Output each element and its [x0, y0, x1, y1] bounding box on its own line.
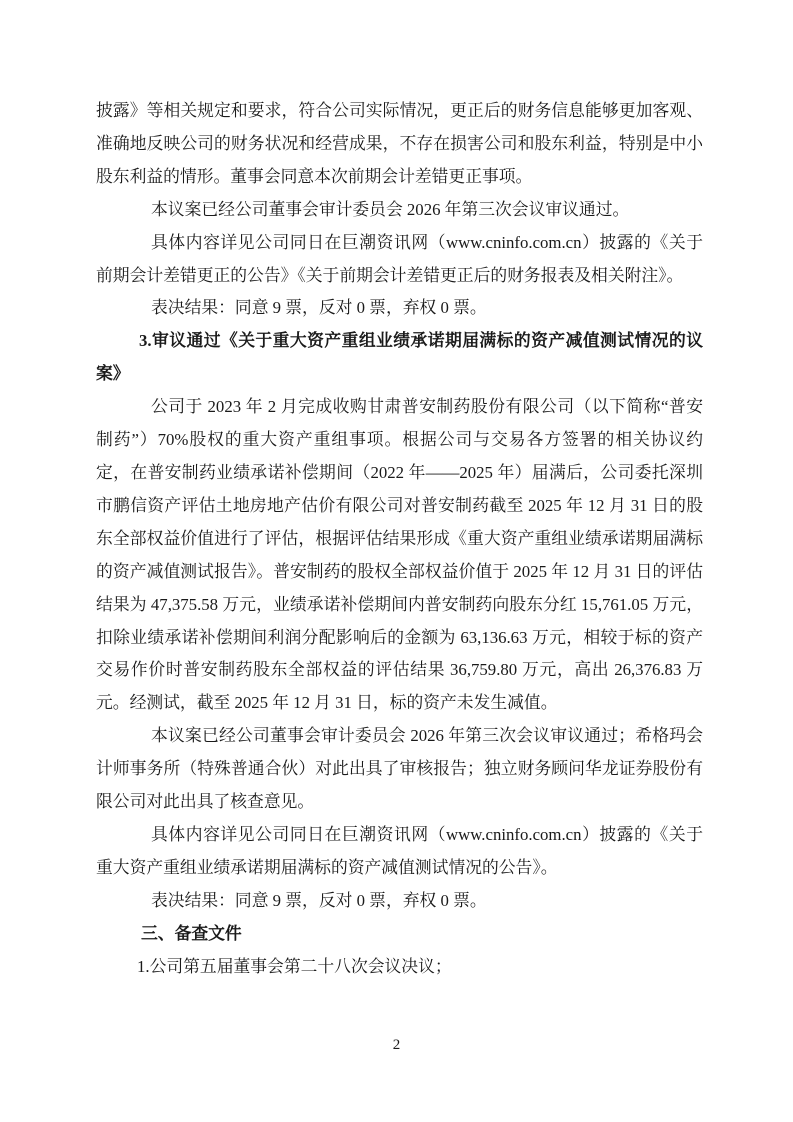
- heading-section-documents-for-reference: 三、备查文件: [96, 918, 703, 951]
- paragraph-disclosure-reference-2: 具体内容详见公司同日在巨潮资讯网（www.cninfo.com.cn）披露的《关…: [96, 819, 703, 885]
- paragraph-vote-result-2: 表决结果：同意 9 票，反对 0 票，弃权 0 票。: [96, 885, 703, 918]
- paragraph-correction-conclusion: 披露》等相关规定和要求，符合公司实际情况，更正后的财务信息能够更加客观、准确地反…: [96, 95, 703, 194]
- paragraph-disclosure-reference-1: 具体内容详见公司同日在巨潮资讯网（www.cninfo.com.cn）披露的《关…: [96, 227, 703, 293]
- heading-agenda-item-3: 3.审议通过《关于重大资产重组业绩承诺期届满标的资产减值测试情况的议案》: [96, 325, 703, 391]
- paragraph-approval-and-opinions: 本议案已经公司董事会审计委员会 2026 年第三次会议审议通过；希格玛会计师事务…: [96, 720, 703, 819]
- paragraph-reference-document-1: 1.公司第五届董事会第二十八次会议决议；: [96, 951, 703, 984]
- document-body: 披露》等相关规定和要求，符合公司实际情况，更正后的财务信息能够更加客观、准确地反…: [96, 95, 703, 983]
- page-footer: 2: [0, 1036, 793, 1054]
- paragraph-audit-committee-approval: 本议案已经公司董事会审计委员会 2026 年第三次会议审议通过。: [96, 194, 703, 227]
- paragraph-vote-result-1: 表决结果：同意 9 票，反对 0 票，弃权 0 票。: [96, 292, 703, 325]
- page-number: 2: [393, 1037, 401, 1053]
- document-page: 披露》等相关规定和要求，符合公司实际情况，更正后的财务信息能够更加客观、准确地反…: [0, 0, 793, 1122]
- paragraph-impairment-test-details: 公司于 2023 年 2 月完成收购甘肃普安制药股份有限公司（以下简称“普安制药…: [96, 391, 703, 720]
